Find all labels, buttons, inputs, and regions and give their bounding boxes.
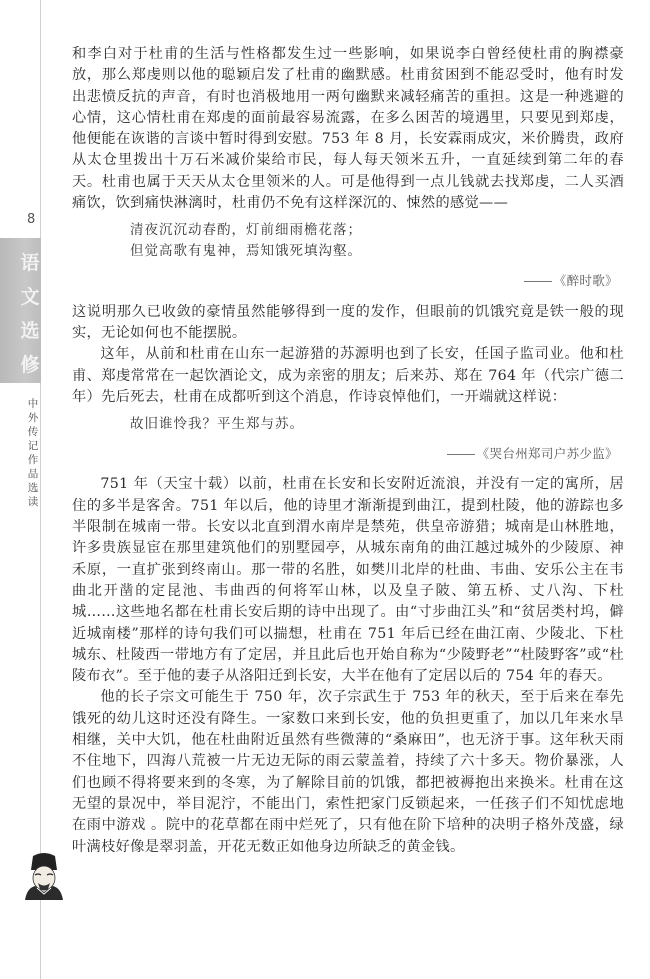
poem-source: 《哭台州郑司户苏少监》 (72, 443, 624, 464)
poem-source-title: 《哭台州郑司户苏少监》 (477, 446, 618, 461)
paragraph: 这说明那久已收敛的豪情虽然能够得到一度的发作，但眼前的饥饿究竟是铁一般的现实，无… (72, 302, 624, 345)
series-char: 品 (26, 467, 40, 481)
poem-line: 故旧谁怜我？平生郑与苏。 (130, 414, 624, 435)
portrait-icon (23, 852, 65, 902)
series-char: 作 (26, 453, 40, 467)
band-char: 文 (20, 288, 40, 307)
series-char: 记 (26, 439, 40, 453)
sidebar-title-band: 语 文 选 修 (0, 238, 41, 383)
poem-source-title: 《醉时歌》 (554, 273, 618, 288)
paragraph: 751 年（天宝十载）以前，杜甫在长安和长安附近流浪，并没有一定的寓所，居住的多… (72, 474, 624, 687)
band-char: 修 (20, 356, 40, 375)
paragraph: 他的长子宗文可能生于 750 年，次子宗武生于 753 年的秋天，至于后来在奉先… (72, 687, 624, 857)
page-number: 8 (27, 212, 35, 227)
series-char: 中 (26, 397, 40, 411)
article-body: 和李白对于杜甫的生活与性格都发生过一些影响，如果说李白曾经使杜甫的胸襟豪放，那么… (72, 44, 624, 858)
series-char: 外 (26, 411, 40, 425)
band-char: 选 (20, 322, 40, 341)
poem-quote: 故旧谁怜我？平生郑与苏。 (72, 414, 624, 435)
poem-quote: 清夜沉沉动春酌，灯前细雨檐花落； 但觉高歌有鬼神，焉知饿死填沟壑。 (72, 220, 624, 262)
poem-source: 《醉时歌》 (72, 270, 624, 291)
dash (524, 281, 552, 282)
paragraph: 和李白对于杜甫的生活与性格都发生过一些影响，如果说李白曾经使杜甫的胸襟豪放，那么… (72, 44, 624, 214)
series-char: 传 (26, 425, 40, 439)
series-char: 选 (26, 481, 40, 495)
series-char: 读 (26, 495, 40, 509)
paragraph: 这年，从前和杜甫在山东一起游猎的苏源明也到了长安，任国子监司业。他和杜甫、郑虔常… (72, 344, 624, 408)
band-char: 语 (20, 254, 40, 273)
dash (447, 454, 475, 455)
poem-line: 清夜沉沉动春酌，灯前细雨檐花落； (130, 220, 624, 241)
margin-rule (40, 0, 41, 979)
poem-line: 但觉高歌有鬼神，焉知饿死填沟壑。 (130, 241, 624, 262)
series-title: 中 外 传 记 作 品 选 读 (26, 397, 40, 509)
